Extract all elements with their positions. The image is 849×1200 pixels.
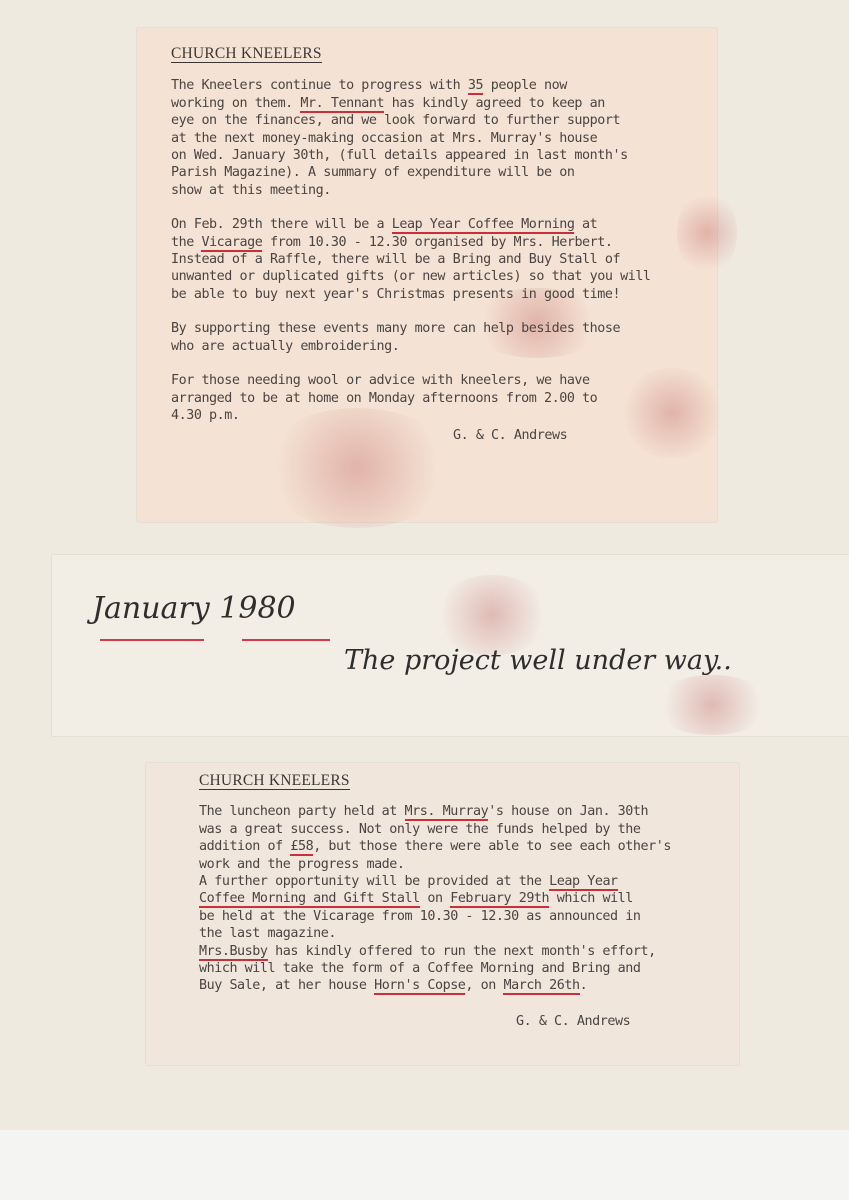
- underlined-text: Mrs. Murray: [405, 804, 489, 821]
- paragraph: On Feb. 29th there will be a Leap Year C…: [171, 216, 711, 303]
- red-underline: [100, 639, 204, 641]
- paragraph: The Kneelers continue to progress with 3…: [171, 77, 711, 199]
- underlined-text: Leap Year Coffee Morning: [392, 217, 575, 234]
- underlined-text: 35: [468, 78, 483, 95]
- scanner-margin: [0, 1130, 849, 1200]
- underlined-text: March 26th: [503, 978, 579, 995]
- underlined-text: Mr. Tennant: [300, 96, 384, 113]
- underlined-text: £58: [290, 839, 313, 856]
- underlined-text: Horn's Copse: [374, 978, 465, 995]
- underlined-text: Vicarage: [201, 235, 262, 252]
- underlined-text: Mrs.Busby: [199, 944, 268, 961]
- paragraph: A further opportunity will be provided a…: [199, 873, 734, 943]
- newspaper-clipping-2: CHURCH KNEELERS The luncheon party held …: [146, 763, 739, 1065]
- clipping-heading: CHURCH KNEELERS: [171, 45, 322, 63]
- paragraph: Mrs.Busby has kindly offered to run the …: [199, 943, 734, 995]
- banner-date: January 1980: [92, 591, 296, 626]
- signature: G. & C. Andrews: [516, 1013, 630, 1030]
- signature: G. & C. Andrews: [453, 427, 567, 444]
- paragraph: By supporting these events many more can…: [171, 320, 711, 355]
- paragraph: The luncheon party held at Mrs. Murray's…: [199, 803, 734, 873]
- paragraph: For those needing wool or advice with kn…: [171, 372, 711, 424]
- red-underline: [242, 639, 330, 641]
- underlined-text: February 29th: [450, 891, 549, 908]
- clipping-heading: CHURCH KNEELERS: [199, 772, 350, 790]
- newspaper-clipping-1: CHURCH KNEELERS The Kneelers continue to…: [137, 28, 717, 522]
- banner-caption: The project well under way..: [344, 645, 732, 676]
- handwritten-banner: January 1980 The project well under way.…: [52, 555, 849, 736]
